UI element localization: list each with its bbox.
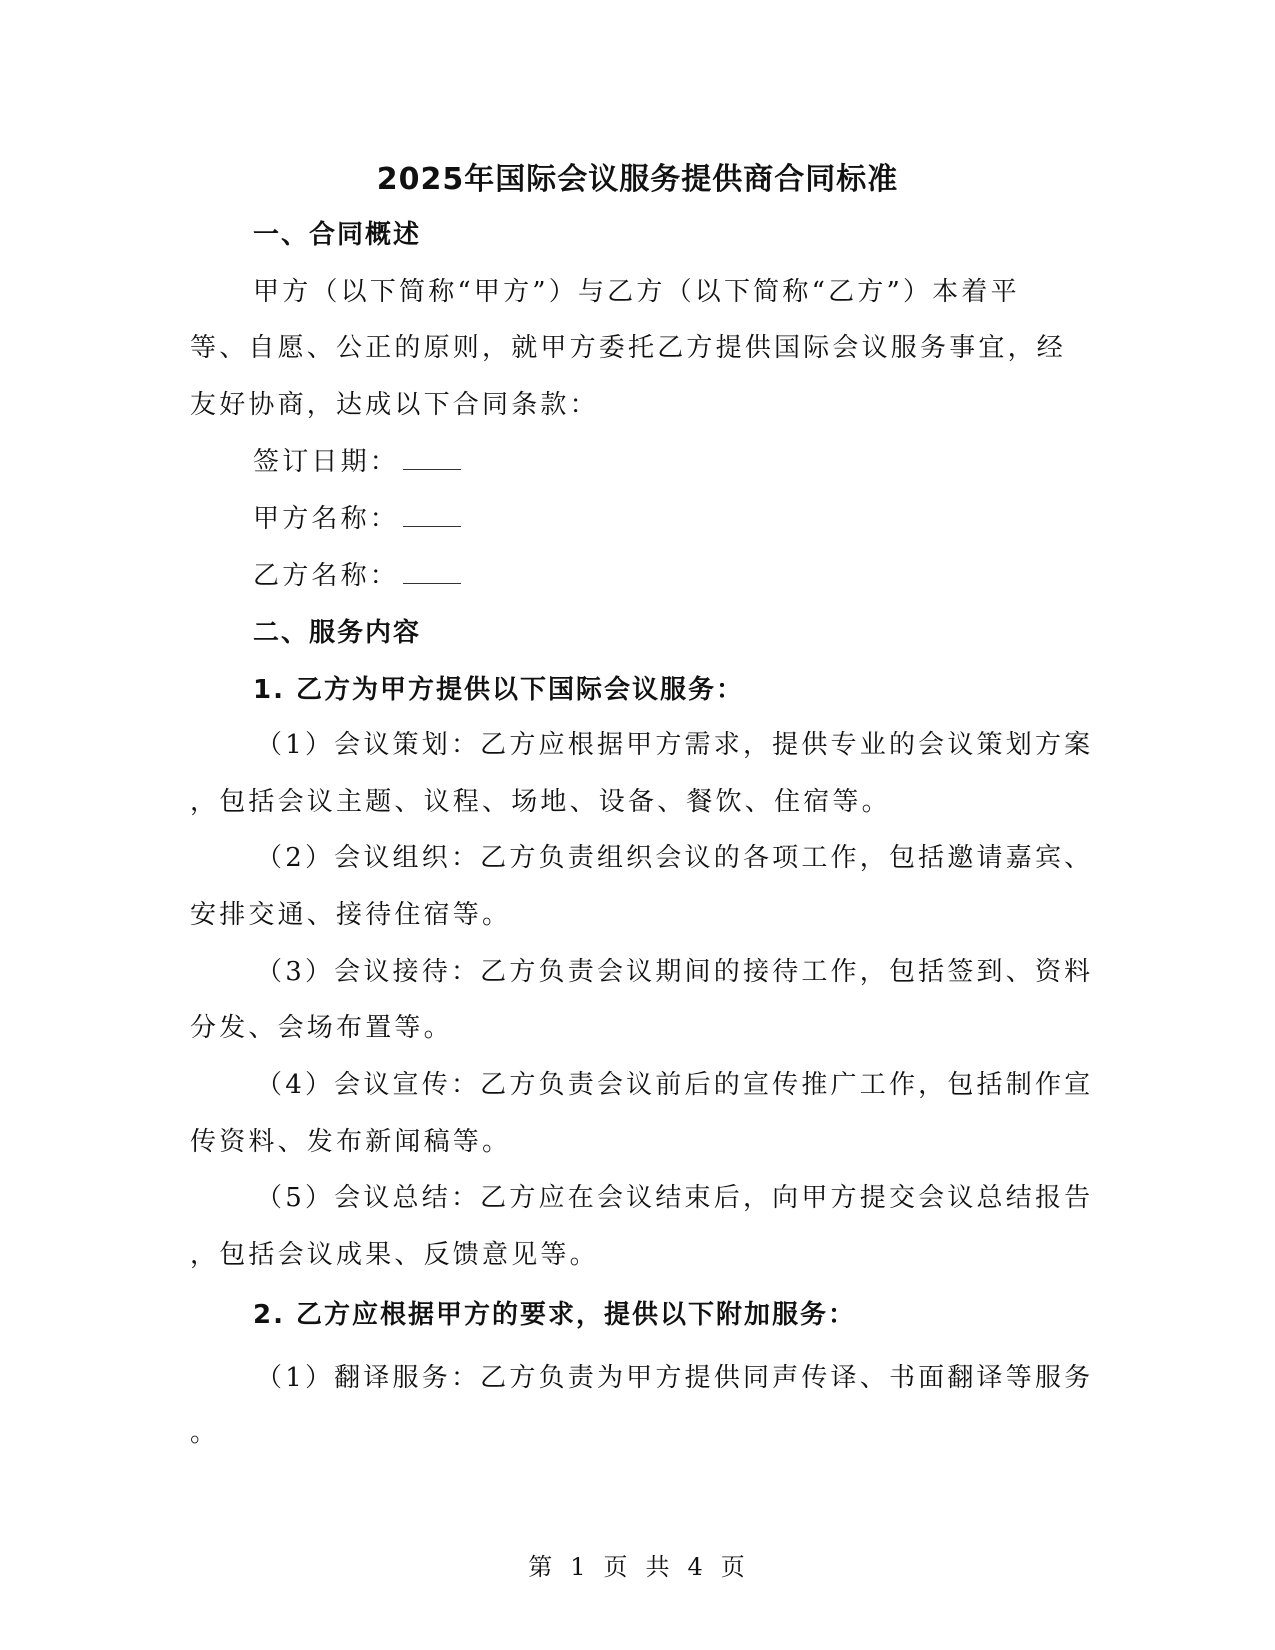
current-page-number: 1 xyxy=(570,1553,587,1581)
intro-line-3: 友好协商，达成以下合同条款： xyxy=(190,389,599,421)
intro-line-1: 甲方（以下简称“甲方”）与乙方（以下简称“乙方”）本着平 xyxy=(253,276,1020,308)
section-heading-services: 二、服务内容 xyxy=(253,617,421,649)
field-signing-date: 签订日期： xyxy=(253,446,461,478)
field-party-b-name: 乙方名称： xyxy=(253,560,461,592)
party-a-name-blank[interactable] xyxy=(403,506,461,527)
footer-prefix: 第 xyxy=(528,1553,554,1581)
clause-1-heading: 1. 乙方为甲方提供以下国际会议服务： xyxy=(253,674,744,706)
field-label: 签订日期： xyxy=(253,447,399,477)
field-label: 甲方名称： xyxy=(253,504,399,534)
clause-1-item-4-line-1: （4）会议宣传：乙方负责会议前后的宣传推广工作，包括制作宣 xyxy=(256,1069,1093,1101)
clause-1-item-5-line-2: ，包括会议成果、反馈意见等。 xyxy=(190,1239,599,1271)
page-footer: 第1页共4页 xyxy=(0,1547,1275,1582)
clause-1-item-4-line-2: 传资料、发布新闻稿等。 xyxy=(190,1126,511,1158)
field-label: 乙方名称： xyxy=(253,561,399,591)
clause-1-item-1-line-1: （1）会议策划：乙方应根据甲方需求，提供专业的会议策划方案 xyxy=(256,729,1093,761)
footer-page-label: 页 xyxy=(604,1553,630,1581)
party-b-name-blank[interactable] xyxy=(403,563,461,584)
clause-1-item-1-line-2: ，包括会议主题、议程、场地、设备、餐饮、住宿等。 xyxy=(190,786,891,818)
footer-suffix: 页 xyxy=(721,1553,747,1581)
clause-2-item-1-line-1: （1）翻译服务：乙方负责为甲方提供同声传译、书面翻译等服务 xyxy=(256,1362,1093,1394)
clause-1-item-2-line-1: （2）会议组织：乙方负责组织会议的各项工作，包括邀请嘉宾、 xyxy=(256,842,1093,874)
section-heading-overview: 一、合同概述 xyxy=(253,219,421,251)
clause-1-item-3-line-2: 分发、会场布置等。 xyxy=(190,1012,453,1044)
footer-total-label: 共 xyxy=(646,1553,672,1581)
clause-1-item-3-line-1: （3）会议接待：乙方负责会议期间的接待工作，包括签到、资料 xyxy=(256,956,1093,988)
clause-2-item-1-line-2: 。 xyxy=(190,1417,219,1449)
signing-date-blank[interactable] xyxy=(403,449,461,470)
clause-1-item-5-line-1: （5）会议总结：乙方应在会议结束后，向甲方提交会议总结报告 xyxy=(256,1182,1093,1214)
total-pages-number: 4 xyxy=(688,1553,705,1581)
document-title: 2025年国际会议服务提供商合同标准 xyxy=(0,154,1275,198)
intro-line-2: 等、自愿、公正的原则，就甲方委托乙方提供国际会议服务事宜，经 xyxy=(190,332,1066,364)
clause-2-heading: 2. 乙方应根据甲方的要求，提供以下附加服务： xyxy=(253,1299,856,1331)
field-party-a-name: 甲方名称： xyxy=(253,503,461,535)
clause-1-item-2-line-2: 安排交通、接待住宿等。 xyxy=(190,899,511,931)
